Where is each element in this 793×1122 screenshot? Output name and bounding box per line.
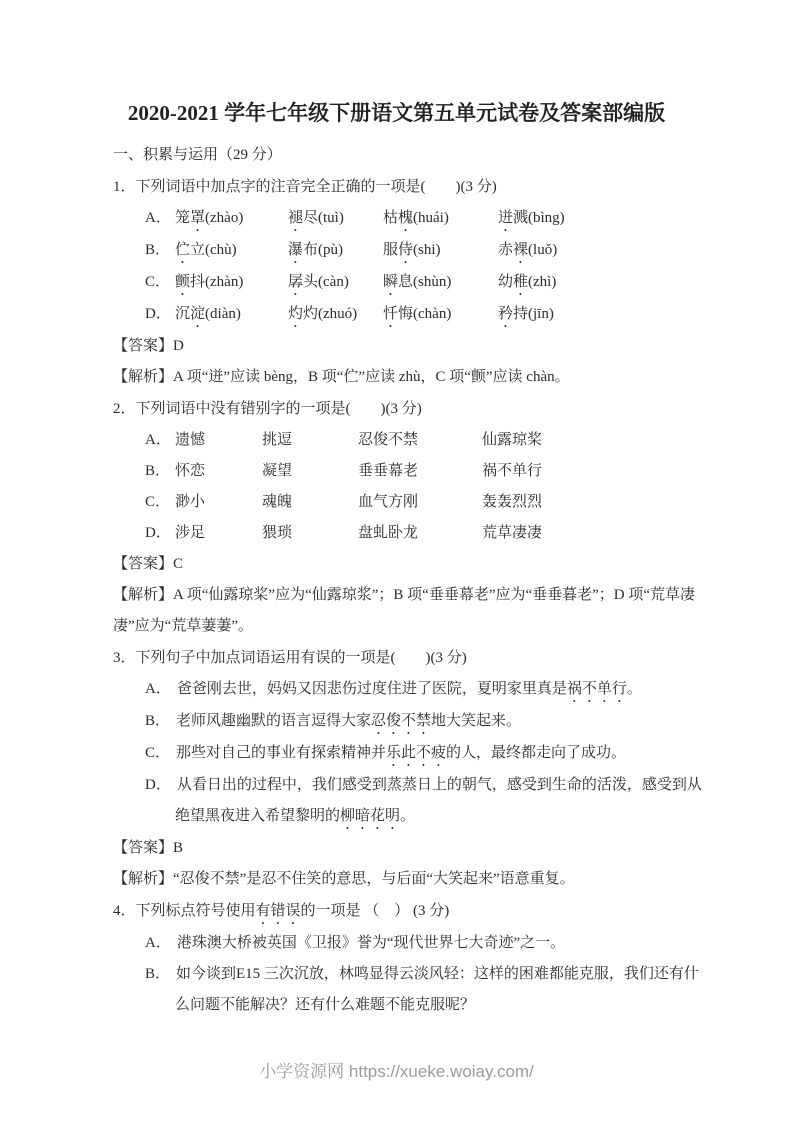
q3-option-a: A．爸爸刚去世，妈妈又因悲伤过度住进了医院，夏明家里真是祸不单行。 [145, 674, 712, 706]
vocab-word: 迸溅(bìng) [498, 203, 712, 235]
vocab-word: 怀恋 [175, 456, 262, 487]
sentence-dotted: 柳暗花明 [340, 808, 400, 824]
q3-stem: 3．下列句子中加点词语运用有误的一项是( )(3 分) [113, 643, 712, 674]
word-dotted: 孱 [288, 274, 303, 290]
word-plain: 抖(zhàn) [190, 274, 243, 290]
q1-option-c: C． 颤抖(zhàn) 孱头(càn) 瞬息(shùn) 幼稚(zhì) [145, 267, 712, 299]
vocab-word: 渺小 [175, 487, 262, 518]
word-plain: 服 [383, 242, 398, 258]
sentence-dotted: 乐此不疲 [386, 745, 446, 761]
word-dotted: 颤 [175, 274, 190, 290]
vocab-word: 荒草凄凄 [482, 518, 712, 549]
sentence-plain: 老师风趣幽默的语言逗得大家 [176, 713, 371, 729]
analysis-label: 【解析】 [113, 871, 173, 887]
word-dotted: 忏 [383, 306, 398, 322]
q2-option-b: B． 怀恋 凝望 垂垂幕老 祸不单行 [145, 456, 712, 487]
q3-answer: 【答案】B [113, 833, 712, 864]
word-dotted: 裸 [513, 242, 528, 258]
word-plain: (zhì) [528, 274, 556, 290]
word-plain: 悔(chàn) [398, 306, 451, 322]
vocab-word: 瞬息(shùn) [383, 267, 498, 299]
stem-plain: 4．下列标点符号使用 [113, 903, 256, 919]
word-dotted: 灼 [288, 306, 303, 322]
vocab-word: 瀑布(pù) [288, 235, 383, 267]
analysis-label: 【解析】 [113, 369, 173, 385]
word-plain: 布(pù) [303, 242, 343, 258]
vocab-word: 仙露琼桨 [482, 425, 712, 456]
sentence-plain: 如今谈到E15 三次沉放，林鸣显得云淡风轻：这样的困难都能克服，我们还有什么问题… [175, 966, 699, 1013]
word-plain: 持(jīn) [513, 306, 554, 322]
sentence-plain: 港珠澳大桥被英国《卫报》誉为“现代世界七大奇迹”之一。 [177, 935, 565, 951]
vocab-word: 祸不单行 [482, 456, 712, 487]
option-letter: B． [145, 966, 170, 982]
q1-option-d: D． 沉淀(diàn) 灼灼(zhuó) 忏悔(chàn) 矜持(jīn) [145, 299, 712, 331]
word-plain: 立(chù) [190, 242, 237, 258]
word-dotted: 淀 [190, 306, 205, 322]
vocab-word: 垂垂幕老 [358, 456, 482, 487]
vocab-word: 服侍(shi) [383, 235, 498, 267]
word-plain: 笼 [175, 210, 190, 226]
option-letter: B． [145, 713, 170, 729]
word-plain: 枯 [383, 210, 398, 226]
word-dotted: 侍 [398, 242, 413, 258]
vocab-word: 遗憾 [175, 425, 262, 456]
word-plain: 赤 [498, 242, 513, 258]
vocab-word: 沉淀(diàn) [175, 299, 288, 331]
word-plain: 头(càn) [303, 274, 349, 290]
sentence-plain: 。 [400, 808, 415, 824]
vocab-word: 伫立(chù) [175, 235, 288, 267]
q1-stem: 1．下列词语中加点字的注音完全正确的一项是( )(3 分) [113, 172, 712, 203]
sentence-dotted: 忍俊不禁 [371, 713, 431, 729]
vocab-word: 枯槐(huái) [383, 203, 498, 235]
sentence-plain: 地大笑起来。 [431, 713, 521, 729]
vocab-word: 忏悔(chàn) [383, 299, 498, 331]
word-dotted: 槐 [398, 210, 413, 226]
page-content: 一、积累与运用（29 分） 1．下列词语中加点字的注音完全正确的一项是( )(3… [113, 140, 712, 1021]
q3-option-c: C．那些对自己的事业有探索精神并乐此不疲的人，最终都走向了成功。 [145, 738, 712, 770]
sentence-plain: 爸爸刚去世，妈妈又因悲伤过度住进了医院，夏明家里真是 [177, 681, 567, 697]
word-dotted: 褪 [288, 210, 303, 226]
option-letter: C． [145, 267, 175, 299]
vocab-word: 褪尽(tuì) [288, 203, 383, 235]
q4-option-a: A．港珠澳大桥被英国《卫报》誉为“现代世界七大奇迹”之一。 [145, 928, 712, 959]
vocab-word: 猥琐 [262, 518, 358, 549]
answer-label: 【答案】 [113, 338, 173, 354]
option-letter: D． [145, 518, 175, 549]
word-dotted: 稚 [513, 274, 528, 290]
word-dotted: 矜 [498, 306, 513, 322]
q4-option-b: B．如今谈到E15 三次沉放，林鸣显得云淡风轻：这样的困难都能克服，我们还有什么… [145, 959, 712, 1021]
vocab-word: 忍俊不禁 [358, 425, 482, 456]
q3-option-d: D．从看日出的过程中，我们感受到蒸蒸日上的朝气，感受到生命的活泼，感受到从绝望黑… [145, 770, 712, 833]
option-letter: D． [145, 777, 171, 793]
answer-value: B [173, 840, 183, 856]
q2-options: A． 遗憾 挑逗 忍俊不禁 仙露琼桨 B． 怀恋 凝望 垂垂幕老 祸不单行 C．… [145, 425, 712, 549]
option-letter: B． [145, 456, 175, 487]
word-plain: (zhào) [205, 210, 243, 226]
word-plain: (shi) [413, 242, 441, 258]
page-title: 2020-2021 学年七年级下册语文第五单元试卷及答案部编版 [60, 96, 733, 130]
option-letter: C． [145, 487, 175, 518]
word-dotted: 伫 [175, 242, 190, 258]
answer-value: D [173, 338, 184, 354]
vocab-word: 灼灼(zhuó) [288, 299, 383, 331]
answer-label: 【答案】 [113, 840, 173, 856]
sentence-plain: 那些对自己的事业有探索精神并 [176, 745, 386, 761]
option-letter: A． [145, 935, 171, 951]
q3-analysis: 【解析】“忍俊不禁”是忍不住笑的意思，与后面“大笑起来”语意重复。 [113, 864, 712, 895]
word-plain: (huái) [413, 210, 449, 226]
sentence-plain: 从看日出的过程中，我们感受到蒸蒸日上的朝气，感受到生命的活泼，感受到从绝望黑夜进… [175, 777, 702, 824]
q1-option-a: A． 笼罩(zhào) 褪尽(tuì) 枯槐(huái) 迸溅(bìng) [145, 203, 712, 235]
q4-stem: 4．下列标点符号使用有错误的一项是 （ ） (3 分) [113, 896, 712, 928]
vocab-word: 凝望 [262, 456, 358, 487]
sentence-plain: 的人，最终都走向了成功。 [446, 745, 626, 761]
vocab-word: 轰轰烈烈 [482, 487, 712, 518]
q1-analysis: 【解析】A 项“迸”应读 bèng，B 项“伫”应读 zhù，C 项“颤”应读 … [113, 362, 712, 393]
sentence-dotted: 祸不单行 [567, 681, 627, 697]
vocab-word: 挑逗 [262, 425, 358, 456]
option-letter: A． [145, 203, 175, 235]
vocab-word: 矜持(jīn) [498, 299, 712, 331]
q1-option-b: B． 伫立(chù) 瀑布(pù) 服侍(shi) 赤裸(luǒ) [145, 235, 712, 267]
vocab-word: 笼罩(zhào) [175, 203, 288, 235]
vocab-word: 赤裸(luǒ) [498, 235, 712, 267]
option-letter: C． [145, 745, 170, 761]
word-plain: (luǒ) [528, 242, 557, 258]
q3-option-b: B．老师风趣幽默的语言逗得大家忍俊不禁地大笑起来。 [145, 706, 712, 738]
analysis-text: A 项“仙露琼桨”应为“仙露琼浆”；B 项“垂垂幕老”应为“垂垂暮老”；D 项“… [113, 587, 695, 634]
word-plain: 溅(bìng) [513, 210, 565, 226]
stem-dotted: 有错误 [256, 903, 301, 919]
option-letter: A． [145, 681, 171, 697]
analysis-text: A 项“迸”应读 bèng，B 项“伫”应读 zhù，C 项“颤”应读 chàn… [173, 369, 570, 385]
footer-watermark: 小学资源网 https://xueke.woiay.com/ [0, 1060, 793, 1084]
answer-label: 【答案】 [113, 556, 173, 572]
word-plain: 沉 [175, 306, 190, 322]
word-plain: 幼 [498, 274, 513, 290]
option-letter: A． [145, 425, 175, 456]
sentence-plain: 。 [627, 681, 642, 697]
word-dotted: 瞬 [383, 274, 398, 290]
word-plain: 灼(zhuó) [303, 306, 357, 322]
vocab-word: 颤抖(zhàn) [175, 267, 288, 299]
vocab-word: 涉足 [175, 518, 262, 549]
word-plain: 息(shùn) [398, 274, 451, 290]
q2-option-c: C． 渺小 魂魄 血气方刚 轰轰烈烈 [145, 487, 712, 518]
q2-option-a: A． 遗憾 挑逗 忍俊不禁 仙露琼桨 [145, 425, 712, 456]
q2-stem: 2．下列词语中没有错别字的一项是( )(3 分) [113, 394, 712, 425]
option-letter: D． [145, 299, 175, 331]
vocab-word: 盘虬卧龙 [358, 518, 482, 549]
q2-analysis: 【解析】A 项“仙露琼桨”应为“仙露琼浆”；B 项“垂垂幕老”应为“垂垂暮老”；… [113, 580, 712, 642]
q2-answer: 【答案】C [113, 549, 712, 580]
word-dotted: 迸 [498, 210, 513, 226]
option-letter: B． [145, 235, 175, 267]
footer-site-text: 小学资源网 https://xueke.woiay.com/ [259, 1062, 534, 1081]
vocab-word: 孱头(càn) [288, 267, 383, 299]
word-plain: (diàn) [205, 306, 241, 322]
answer-value: C [173, 556, 183, 572]
vocab-word: 魂魄 [262, 487, 358, 518]
word-plain: 尽(tuì) [303, 210, 344, 226]
q2-option-d: D． 涉足 猥琐 盘虬卧龙 荒草凄凄 [145, 518, 712, 549]
word-dotted: 罩 [190, 210, 205, 226]
analysis-text: “忍俊不禁”是忍不住笑的意思，与后面“大笑起来”语意重复。 [173, 871, 575, 887]
stem-plain: 的一项是 （ ） (3 分) [301, 903, 450, 919]
test-paper-page: 2020-2021 学年七年级下册语文第五单元试卷及答案部编版 一、积累与运用（… [0, 0, 793, 1122]
word-dotted: 瀑 [288, 242, 303, 258]
section-heading: 一、积累与运用（29 分） [113, 140, 712, 171]
analysis-label: 【解析】 [113, 587, 173, 603]
vocab-word: 幼稚(zhì) [498, 267, 712, 299]
q1-options: A． 笼罩(zhào) 褪尽(tuì) 枯槐(huái) 迸溅(bìng) B．… [145, 203, 712, 331]
q1-answer: 【答案】D [113, 331, 712, 362]
vocab-word: 血气方刚 [358, 487, 482, 518]
